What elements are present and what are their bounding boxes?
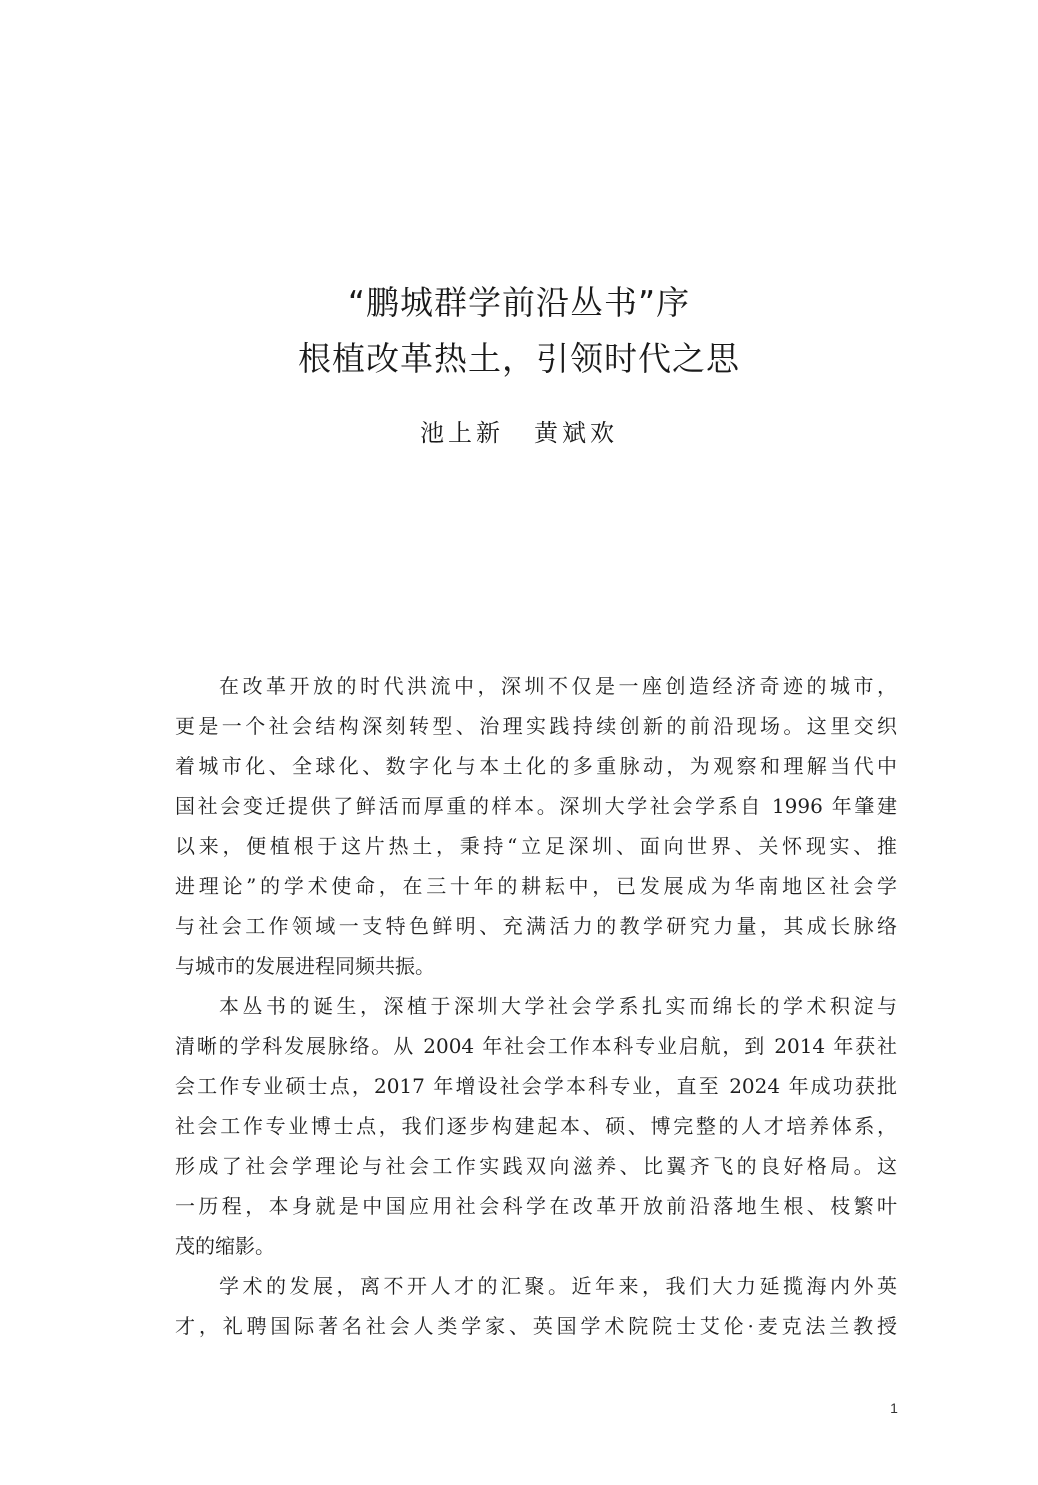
- series-title: “鹏城群学前沿丛书”序: [0, 283, 1038, 323]
- paragraph-line: 清晰的学科发展脉络。从 2004 年社会工作本科专业启航，到 2014 年获社: [175, 1026, 897, 1066]
- body-text: 在改革开放的时代洪流中，深圳不仅是一座创造经济奇迹的城市， 更是一个社会结构深刻…: [175, 666, 897, 1346]
- paragraph-line: 茂的缩影。: [175, 1226, 897, 1266]
- paragraph-line: 社会工作专业博士点，我们逐步构建起本、硕、博完整的人才培养体系，: [175, 1106, 897, 1146]
- paragraph-line: 国社会变迁提供了鲜活而厚重的样本。深圳大学社会学系自 1996 年肇建: [175, 786, 897, 826]
- paragraph-line: 会工作专业硕士点，2017 年增设社会学本科专业，直至 2024 年成功获批: [175, 1066, 897, 1106]
- paragraph-line: 学术的发展，离不开人才的汇聚。近年来，我们大力延揽海内外英: [175, 1266, 897, 1306]
- paragraph-line: 与城市的发展进程同频共振。: [175, 946, 897, 986]
- paragraph-line: 与社会工作领域一支特色鲜明、充满活力的教学研究力量，其成长脉络: [175, 906, 897, 946]
- author-name: 池上新: [420, 419, 504, 447]
- paragraph-line: 进理论”的学术使命，在三十年的耕耘中，已发展成为华南地区社会学: [175, 866, 897, 906]
- preface-title: 根植改革热土，引领时代之思: [0, 339, 1038, 379]
- authors-line: 池上新黄斌欢: [0, 418, 1038, 448]
- paragraph-line: 本丛书的诞生，深植于深圳大学社会学系扎实而绵长的学术积淀与: [175, 986, 897, 1026]
- document-page: “鹏城群学前沿丛书”序 根植改革热土，引领时代之思 池上新黄斌欢 在改革开放的时…: [0, 0, 1038, 1485]
- paragraph-line: 一历程，本身就是中国应用社会科学在改革开放前沿落地生根、枝繁叶: [175, 1186, 897, 1226]
- paragraph-line: 着城市化、全球化、数字化与本土化的多重脉动，为观察和理解当代中: [175, 746, 897, 786]
- page-number: 1: [884, 1400, 904, 1416]
- paragraph-line: 在改革开放的时代洪流中，深圳不仅是一座创造经济奇迹的城市，: [175, 666, 897, 706]
- paragraph-line: 形成了社会学理论与社会工作实践双向滋养、比翼齐飞的良好格局。这: [175, 1146, 897, 1186]
- author-name: 黄斌欢: [534, 419, 618, 447]
- paragraph-line: 更是一个社会结构深刻转型、治理实践持续创新的前沿现场。这里交织: [175, 706, 897, 746]
- paragraph-line: 以来，便植根于这片热土，秉持“立足深圳、面向世界、关怀现实、推: [175, 826, 897, 866]
- paragraph-line: 才，礼聘国际著名社会人类学家、英国学术院院士艾伦·麦克法兰教授: [175, 1306, 897, 1346]
